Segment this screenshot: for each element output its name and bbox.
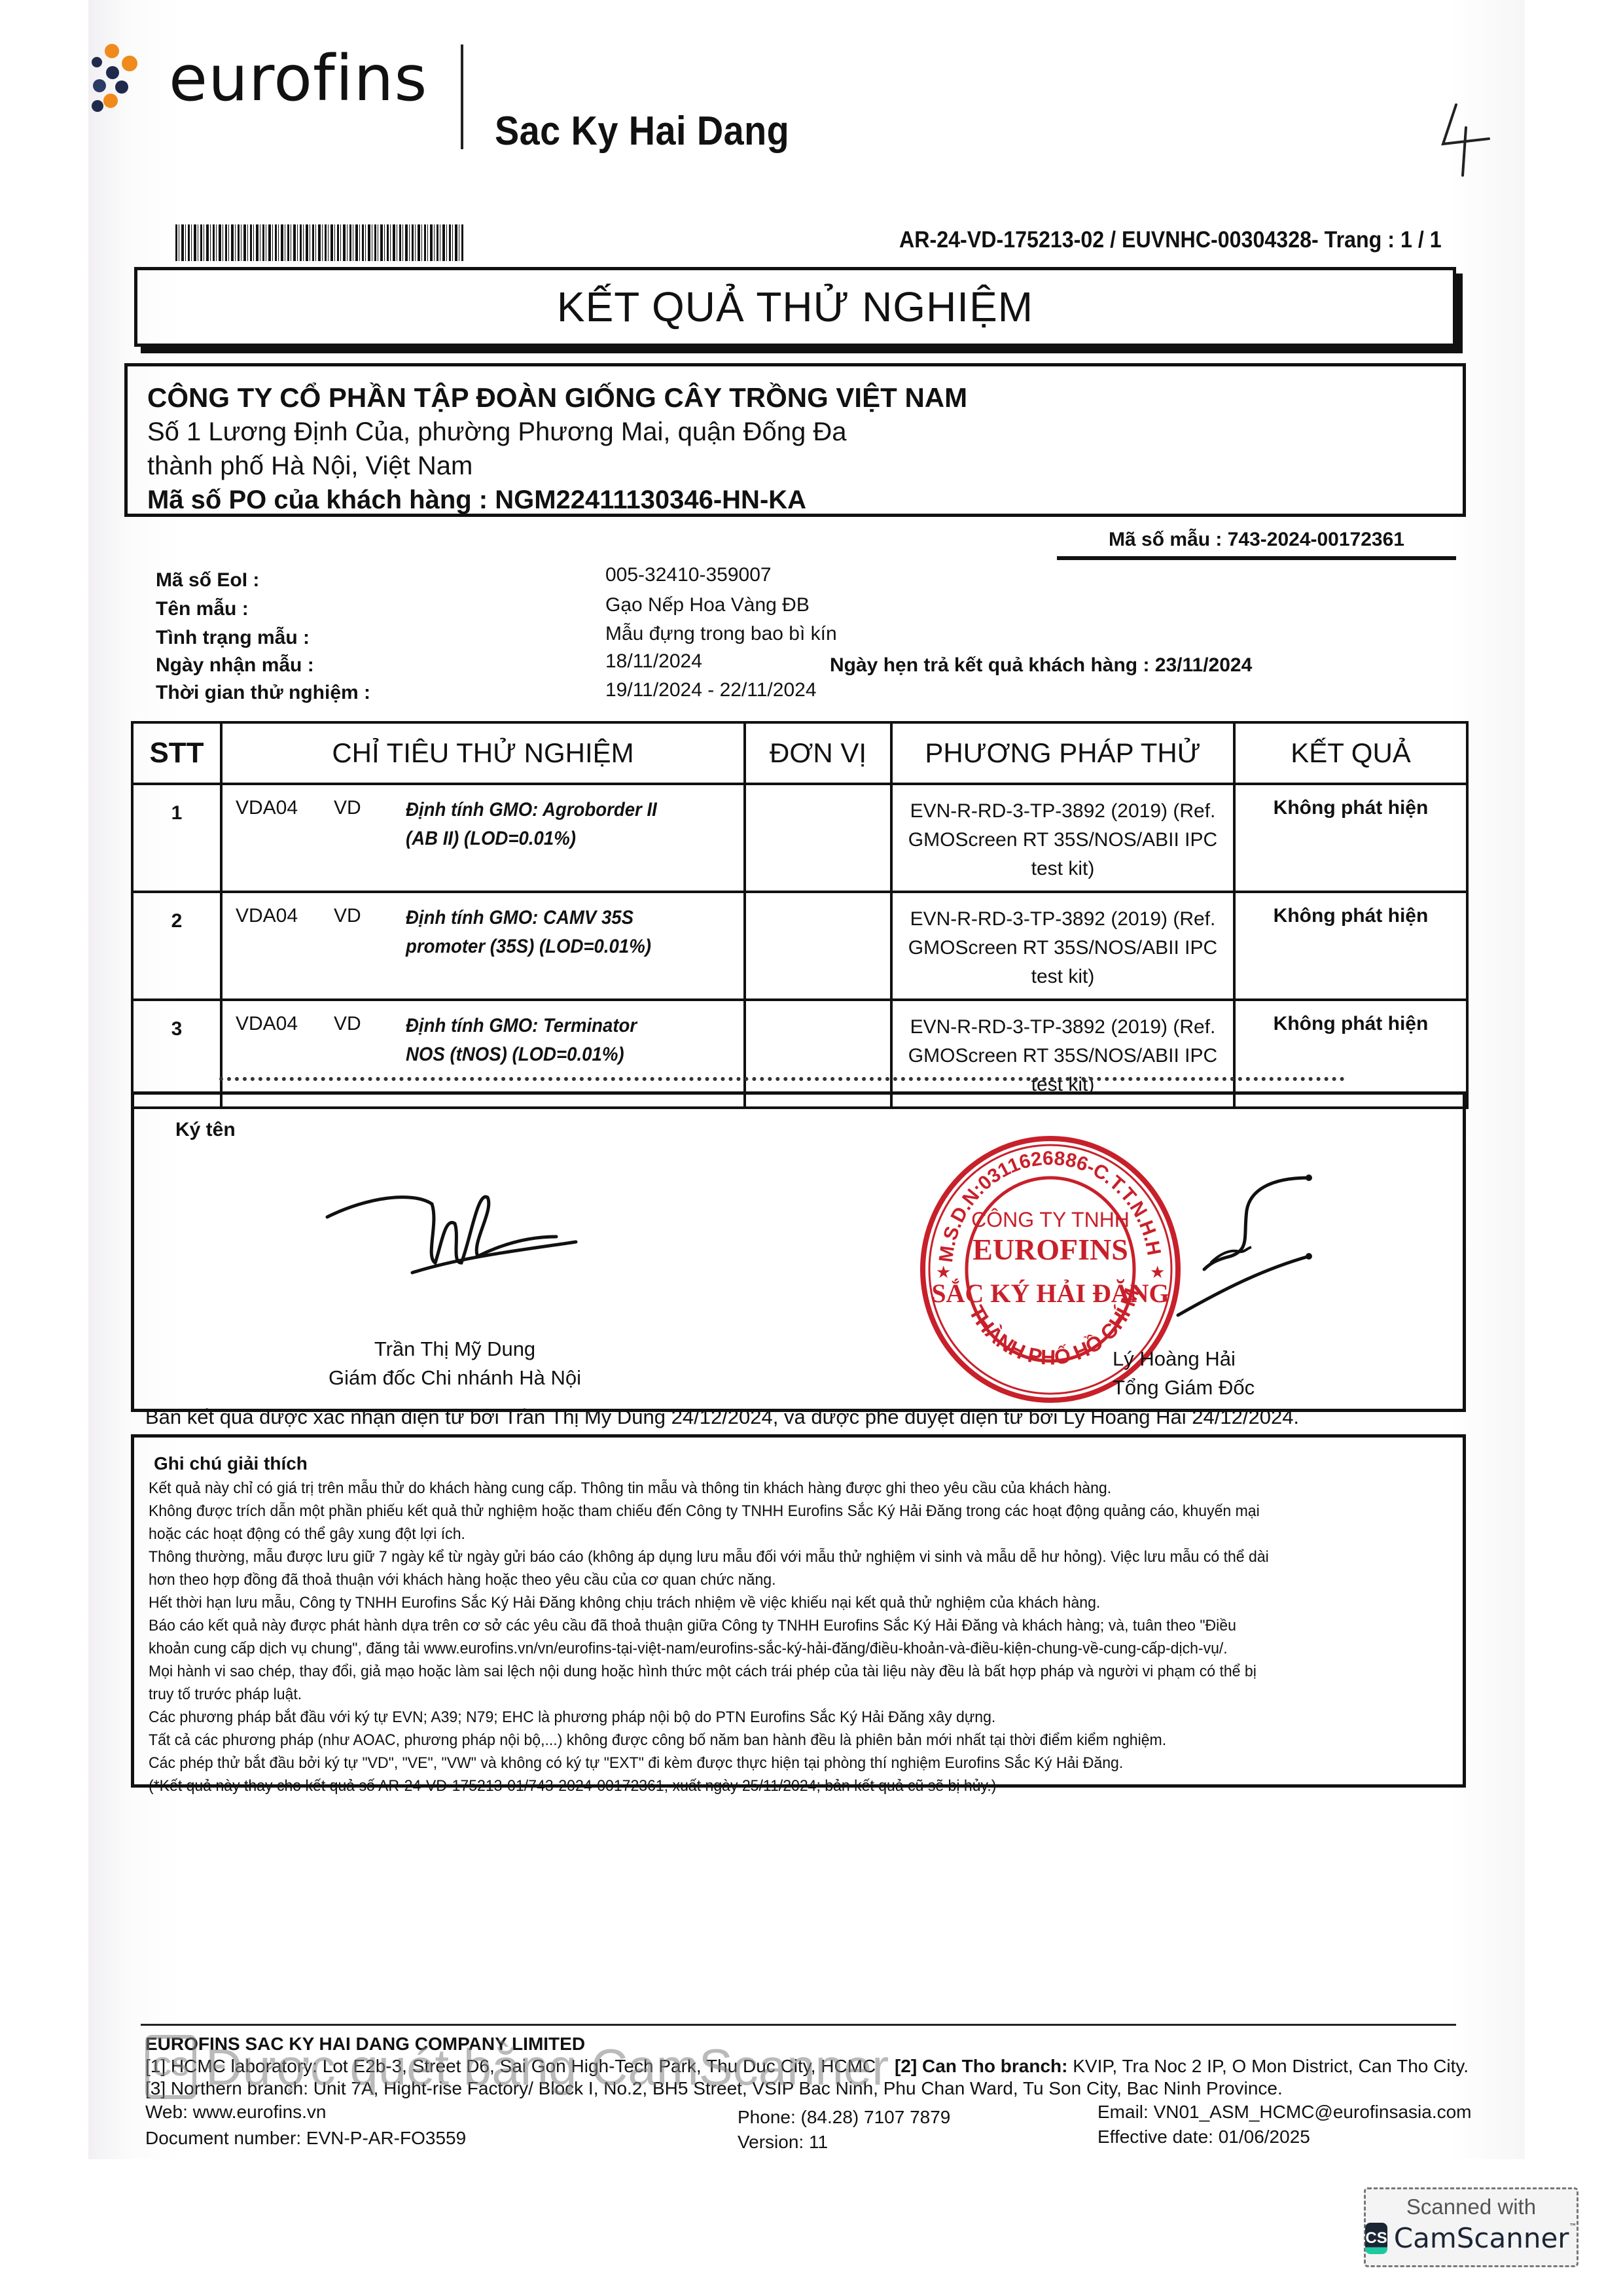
client-company: CÔNG TY CỔ PHẦN TẬP ĐOÀN GIỐNG CÂY TRỒNG… [147, 381, 1443, 415]
handwritten-page-number [1436, 98, 1495, 177]
row-criterion-text: Định tính GMO: Agroborder II (AB II) (LO… [406, 796, 658, 853]
footer-doc-number: Document number: EVN-P-AR-FO3559 [145, 2128, 466, 2149]
note-line: truy tố trước pháp luật. [149, 1683, 1397, 1706]
camscanner-name: CamScanner™ [1394, 2222, 1577, 2254]
note-line: Hết thời hạn lưu mẫu, Công ty TNHH Eurof… [149, 1591, 1397, 1614]
header-criterion: CHỈ TIÊU THỬ NGHIỆM [221, 722, 745, 784]
row-stt: 2 [132, 892, 221, 1000]
note-line: khoản cung cấp dịch vụ chung", đăng tải … [149, 1637, 1397, 1660]
sample-code: Mã số mẫu : 743-2024-00172361 [1057, 529, 1456, 560]
report-title: KẾT QUẢ THỬ NGHIỆM [557, 283, 1033, 331]
note-line: Các phép thử bắt đầu bởi ký tự "VD", "VE… [149, 1752, 1397, 1775]
note-line: Thông thường, mẫu được lưu giữ 7 ngày kể… [149, 1545, 1397, 1568]
client-address-line1: Số 1 Lương Định Của, phường Phương Mai, … [147, 415, 1443, 449]
note-line: Các phương pháp bắt đầu với ký tự EVN; A… [149, 1706, 1397, 1729]
svg-text:★: ★ [1150, 1262, 1165, 1282]
footer-web: Web: www.eurofins.vn [145, 2102, 327, 2123]
signature-1 [314, 1165, 602, 1276]
row-unit [745, 784, 891, 892]
footer-phone: Phone: (84.28) 7107 7879 [738, 2107, 950, 2128]
row-method: EVN-R-RD-3-TP-3892 (2019) (Ref. GMOScree… [891, 784, 1234, 892]
row-unit [745, 892, 891, 1000]
badge-caption: Scanned with [1366, 2195, 1577, 2219]
report-title-box: KẾT QUẢ THỬ NGHIỆM [134, 267, 1456, 347]
electronic-confirmation: Bản kết quả được xác nhận điện tử bởi Tr… [145, 1405, 1299, 1429]
row-code: VDA04 [236, 1013, 334, 1035]
row-criterion-text: Định tính GMO: Terminator NOS (tNOS) (LO… [406, 1012, 658, 1069]
row-code: VDA04 [236, 905, 334, 927]
row-stt: 1 [132, 784, 221, 892]
results-table: STT CHỈ TIÊU THỬ NGHIỆM ĐƠN VỊ PHƯƠNG PH… [131, 721, 1469, 1109]
notes-title: Ghi chú giải thích [154, 1453, 1448, 1474]
client-po: Mã số PO của khách hàng : NGM22411130346… [147, 483, 1443, 517]
svg-text:SẮC KÝ HẢI ĐĂNG: SẮC KÝ HẢI ĐĂNG [931, 1279, 1169, 1308]
results-header-row: STT CHỈ TIÊU THỬ NGHIỆM ĐƠN VỊ PHƯƠNG PH… [132, 722, 1467, 784]
logo-wordmark: eurofins [169, 42, 427, 115]
camscanner-watermark-text: Được quét bằng CamScanner [205, 2038, 889, 2097]
header-stt: STT [132, 722, 221, 784]
row-result: Không phát hiện [1234, 784, 1467, 892]
svg-text:CÔNG TY TNHH: CÔNG TY TNHH [971, 1208, 1130, 1231]
footer-effective-date: Effective date: 01/06/2025 [1097, 2127, 1310, 2147]
row-method: EVN-R-RD-3-TP-3892 (2019) (Ref. GMOScree… [891, 892, 1234, 1000]
footer-divider [141, 2024, 1456, 2026]
signer-1-name: Trần Thị Mỹ Dung [314, 1335, 596, 1364]
camscanner-watermark-icon: CS [145, 2035, 196, 2099]
dotted-separator [219, 1077, 1345, 1081]
header-divider [461, 44, 463, 149]
note-line: Không được trích dẫn một phần phiếu kết … [149, 1500, 1397, 1523]
footer-version: Version: 11 [738, 2132, 828, 2153]
notes-box: Ghi chú giải thích Kết quả này chỉ có gi… [131, 1434, 1466, 1788]
row-criterion-text: Định tính GMO: CAMV 35S promoter (35S) (… [406, 904, 658, 961]
signature-2 [1165, 1165, 1315, 1335]
signer-2: Lý Hoàng Hải Tổng Giám Đốc [1113, 1345, 1255, 1402]
eurofins-molecule-icon [92, 43, 157, 115]
note-line: Mọi hành vi sao chép, thay đổi, giả mạo … [149, 1660, 1397, 1683]
row-lab: VD [334, 1013, 361, 1034]
signer-1-title: Giám đốc Chi nhánh Hà Nội [314, 1364, 596, 1392]
note-line: hoặc các hoạt động có thể gây xung đột l… [149, 1523, 1397, 1545]
svg-text:★: ★ [936, 1262, 951, 1282]
signer-1: Trần Thị Mỹ Dung Giám đốc Chi nhánh Hà N… [314, 1335, 596, 1392]
note-line: (*Kết quả này thay cho kết quả số AR-24-… [149, 1775, 1397, 1797]
svg-text:EUROFINS: EUROFINS [972, 1233, 1128, 1266]
row-lab: VD [334, 905, 361, 927]
signer-2-name: Lý Hoàng Hải [1113, 1345, 1255, 1373]
camscanner-watermark: CS Được quét bằng CamScanner [145, 2035, 889, 2099]
report-id: AR-24-VD-175213-02 / EUVNHC-00304328- Tr… [899, 227, 1442, 253]
sample-field-condition: Tình trạng mẫu : Mẫu đựng trong bao bì k… [156, 627, 1399, 656]
client-address-line2: thành phố Hà Nội, Việt Nam [147, 449, 1443, 483]
barcode [175, 224, 463, 261]
sample-due-date: Ngày hẹn trả kết quả khách hàng : 23/11/… [830, 654, 1252, 677]
footer-branch2: [2] Can Tho branch: KVIP, Tra Noc 2 IP, … [895, 2056, 1469, 2077]
signer-2-title: Tổng Giám Đốc [1113, 1373, 1255, 1402]
note-line: Kết quả này chỉ có giá trị trên mẫu thử … [149, 1477, 1397, 1500]
brand-subtitle: Sac Ky Hai Dang [495, 108, 789, 154]
table-row: 2VDA04VDĐịnh tính GMO: CAMV 35S promoter… [132, 892, 1467, 1000]
header-result: KẾT QUẢ [1234, 722, 1467, 784]
note-line: hơn theo hợp đồng đã thoả thuận với khác… [149, 1568, 1397, 1591]
row-result: Không phát hiện [1234, 892, 1467, 1000]
camscanner-logo-icon: CS [1365, 2223, 1387, 2254]
notes-lines: Kết quả này chỉ có giá trị trên mẫu thử … [149, 1477, 1448, 1797]
row-criterion: VDA04VDĐịnh tính GMO: CAMV 35S promoter … [221, 892, 745, 1000]
note-line: Tất cả các phương pháp (như AOAC, phương… [149, 1729, 1397, 1752]
header-method: PHƯƠNG PHÁP THỬ [891, 722, 1234, 784]
note-line: Báo cáo kết quả này được phát hành dựa t… [149, 1614, 1397, 1637]
row-lab: VD [334, 797, 361, 819]
signature-label: Ký tên [175, 1119, 236, 1141]
table-row: 1VDA04VDĐịnh tính GMO: Agroborder II (AB… [132, 784, 1467, 892]
footer-email: Email: VN01_ASM_HCMC@eurofinsasia.com [1097, 2102, 1472, 2123]
eurofins-logo: eurofins [92, 36, 427, 121]
scanned-with-badge: Scanned with CS CamScanner™ [1364, 2187, 1578, 2267]
row-criterion: VDA04VDĐịnh tính GMO: Agroborder II (AB … [221, 784, 745, 892]
client-info-box: CÔNG TY CỔ PHẦN TẬP ĐOÀN GIỐNG CÂY TRỒNG… [124, 363, 1466, 517]
row-code: VDA04 [236, 797, 334, 819]
sample-field-test-period: Thời gian thử nghiệm : 19/11/2024 - 22/1… [156, 682, 1399, 711]
header-unit: ĐƠN VỊ [745, 722, 891, 784]
